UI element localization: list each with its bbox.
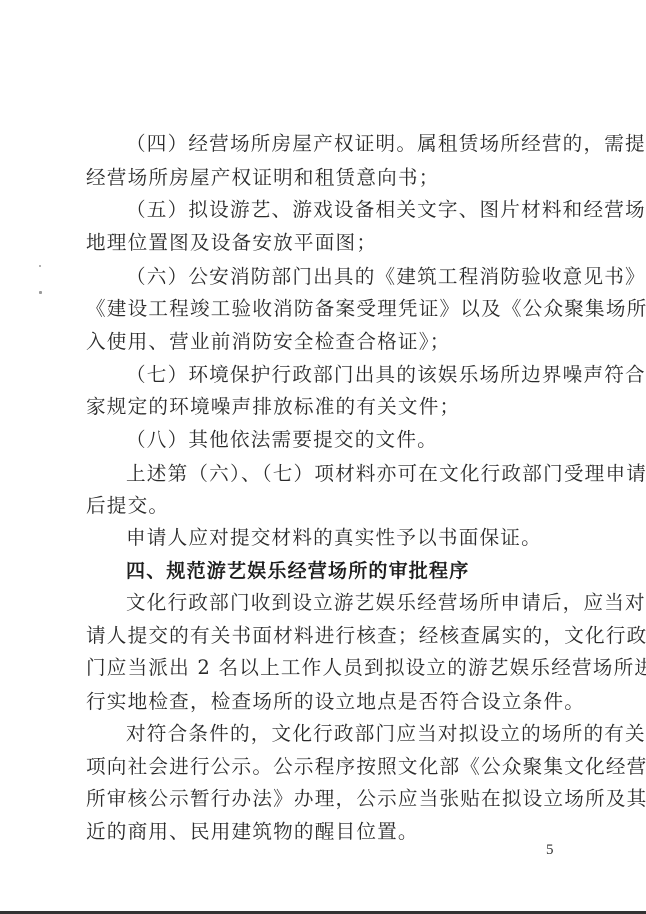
text-line: 地理位置图及设备安放平面图； — [86, 231, 568, 255]
text-line: 文化行政部门收到设立游艺娱乐经营场所申请后，应当对申 — [86, 591, 568, 615]
text-line: 行实地检查，检查场所的设立地点是否符合设立条件。 — [86, 690, 568, 714]
text-line: 门应当派出 2 名以上工作人员到拟设立的游艺娱乐经营场所进 — [86, 656, 568, 680]
page-number: 5 — [546, 842, 554, 859]
text-line: （六）公安消防部门出具的《建筑工程消防验收意见书》或 — [86, 265, 568, 289]
text-line: 请人提交的有关书面材料进行核查；经核查属实的，文化行政部 — [86, 624, 568, 648]
text-line: （四）经营场所房屋产权证明。属租赁场所经营的，需提交 — [86, 132, 568, 156]
text-line: 后提交。 — [86, 494, 568, 518]
scan-speck — [39, 265, 41, 267]
text-line: （七）环境保护行政部门出具的该娱乐场所边界噪声符合国 — [86, 363, 568, 387]
text-line: 《建设工程竣工验收消防备案受理凭证》以及《公众聚集场所投 — [86, 297, 568, 321]
text-line: 经营场所房屋产权证明和租赁意向书； — [86, 166, 568, 190]
text-line: 家规定的环境噪声排放标准的有关文件； — [86, 395, 568, 419]
text-line: 近的商用、民用建筑物的醒目位置。 — [86, 820, 568, 844]
text-line: （八）其他依法需要提交的文件。 — [86, 428, 568, 452]
section-heading: 四、规范游艺娱乐经营场所的审批程序 — [86, 559, 568, 583]
text-line: 对符合条件的，文化行政部门应当对拟设立的场所的有关事 — [86, 722, 568, 746]
text-line: 所审核公示暂行办法》办理，公示应当张贴在拟设立场所及其邻 — [86, 787, 568, 811]
text-line: 上述第（六）、（七）项材料亦可在文化行政部门受理申请之 — [86, 462, 568, 486]
scan-speck — [39, 291, 42, 294]
text-line: 项向社会进行公示。公示程序按照文化部《公众聚集文化经营场 — [86, 755, 568, 779]
document-page: （四）经营场所房屋产权证明。属租赁场所经营的，需提交经营场所房屋产权证明和租赁意… — [0, 0, 646, 911]
text-line: （五）拟设游艺、游戏设备相关文字、图片材料和经营场所 — [86, 198, 568, 222]
text-line: 申请人应对提交材料的真实性予以书面保证。 — [86, 526, 568, 550]
text-line: 入使用、营业前消防安全检查合格证》； — [86, 330, 568, 354]
